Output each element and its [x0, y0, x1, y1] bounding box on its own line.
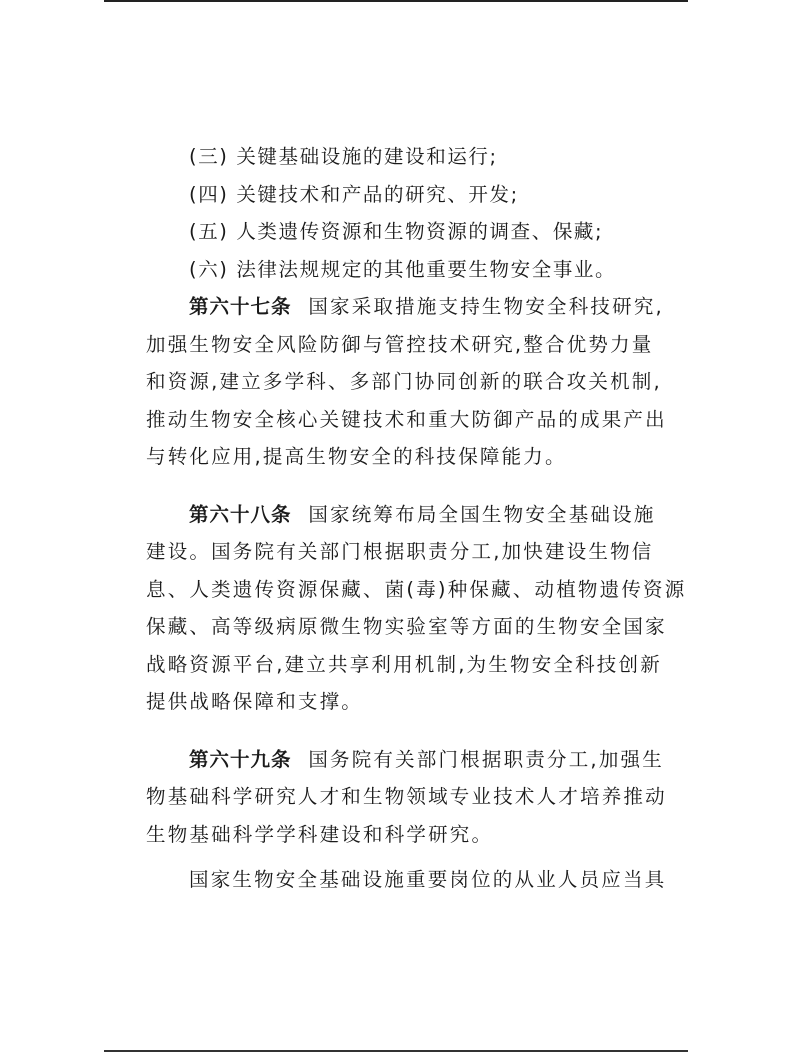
- article-text: 与转化应用,提高生物安全的科技保障能力。: [146, 438, 654, 476]
- article-text: 生物基础科学学科建设和科学研究。: [146, 816, 654, 854]
- article-text: 战略资源平台,建立共享利用机制,为生物安全科技创新: [146, 646, 654, 684]
- article-69: 第六十九条 国务院有关部门根据职责分工,加强生 物基础科学研究人才和生物领域专业…: [146, 741, 654, 854]
- document-page: (三) 关键基础设施的建设和运行; (四) 关键技术和产品的研究、开发; (五)…: [146, 138, 654, 899]
- top-rule: [104, 0, 688, 2]
- article-text: 加强生物安全风险防御与管控技术研究,整合优势力量: [146, 326, 654, 364]
- article-68: 第六十八条 国家统筹布局全国生物安全基础设施 建设。国务院有关部门根据职责分工,…: [146, 496, 654, 721]
- list-item: (五) 人类遗传资源和生物资源的调查、保藏;: [146, 213, 654, 251]
- article-text: 物基础科学研究人才和生物领域专业技术人才培养推动: [146, 778, 654, 816]
- article-title: 第六十七条: [189, 295, 292, 318]
- article-text: 推动生物安全核心关键技术和重大防御产品的成果产出: [146, 401, 654, 439]
- article-text: 国务院有关部门根据职责分工,加强生: [308, 748, 664, 771]
- article-text: 息、人类遗传资源保藏、菌(毒)种保藏、动植物遗传资源: [146, 571, 654, 609]
- list-item: (三) 关键基础设施的建设和运行;: [146, 138, 654, 176]
- article-title: 第六十八条: [189, 503, 292, 526]
- article-text: 国家采取措施支持生物安全科技研究,: [308, 295, 664, 318]
- list-item: (四) 关键技术和产品的研究、开发;: [146, 176, 654, 214]
- article-text: 国家统筹布局全国生物安全基础设施: [308, 503, 655, 526]
- article-text: 建设。国务院有关部门根据职责分工,加快建设生物信: [146, 533, 654, 571]
- article-title: 第六十九条: [189, 748, 292, 771]
- article-67: 第六十七条 国家采取措施支持生物安全科技研究, 加强生物安全风险防御与管控技术研…: [146, 288, 654, 476]
- enumerated-list: (三) 关键基础设施的建设和运行; (四) 关键技术和产品的研究、开发; (五)…: [146, 138, 654, 288]
- bottom-rule: [104, 1050, 688, 1052]
- article-text: 提供战略保障和支撑。: [146, 683, 654, 721]
- article-text: 保藏、高等级病原微生物实验室等方面的生物安全国家: [146, 608, 654, 646]
- trailing-paragraph: 国家生物安全基础设施重要岗位的从业人员应当具: [146, 861, 654, 899]
- article-text: 和资源,建立多学科、多部门协同创新的联合攻关机制,: [146, 363, 654, 401]
- list-item: (六) 法律法规规定的其他重要生物安全事业。: [146, 251, 654, 289]
